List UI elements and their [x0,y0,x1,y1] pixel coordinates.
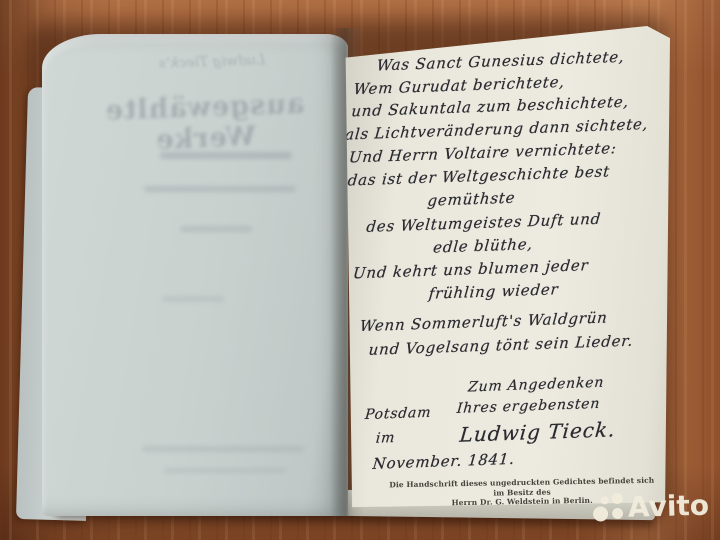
showthrough-faint-line [142,446,304,452]
avito-logo-dot [601,496,609,504]
handwritten-line: edle blüthe, [432,235,533,257]
handwritten-line: Was Sanct Gunesius dichtete, [376,48,625,75]
showthrough-faint-line [180,226,252,232]
avito-logo-dot [612,493,623,504]
avito-logo-dot [593,506,608,521]
handwritten-line: Wem Gurudat berichtete, [353,73,566,98]
right-page: Was Sanct Gunesius dichtete, Wem Gurudat… [344,26,670,512]
handwritten-line: Und kehrt uns blumen jeder [352,256,589,282]
avito-logo-icon [592,493,627,528]
handwritten-line: das ist der Weltgeschichte best [347,162,611,189]
signature: Ludwig Tieck. [459,417,617,447]
handwritten-line: und Vogelsang tönt sein Lieder. [368,332,634,359]
handwritten-line: gemüthste [427,189,516,210]
showthrough-faint-line [144,186,296,192]
dedication-note-line: Zum Angedenken [467,375,604,396]
handwritten-poem: Was Sanct Gunesius dichtete, Wem Gurudat… [336,20,679,517]
dedication-date: November. 1841. [372,450,516,473]
handwritten-line: frühling wieder [428,280,559,303]
showthrough-title-line: ausgewählte Werke [59,87,351,159]
showthrough-author-line: Ludwig Tieck's [112,51,312,74]
dedication-place: Potsdam [364,405,432,423]
showthrough-faint-line [160,152,292,159]
avito-watermark: Avito [591,484,720,535]
photo-of-open-book: Ludwig Tieck's ausgewählte Werke Was San… [0,0,720,540]
avito-watermark-label: Avito [627,489,709,524]
showthrough-faint-line [164,468,286,473]
handwritten-line: Und Herrn Voltaire vernichtete: [348,139,617,166]
handwritten-line: des Weltumgeistes Duft und [366,210,602,236]
dedication-note-line: Ihres ergebensten [456,396,601,417]
avito-logo-dot [612,508,623,519]
handwritten-line: Wenn Sommerluft's Waldgrün [359,308,608,335]
showthrough-faint-line [162,296,224,302]
dedication-place-line2: im [375,430,396,447]
left-page: Ludwig Tieck's ausgewählte Werke [42,34,348,516]
